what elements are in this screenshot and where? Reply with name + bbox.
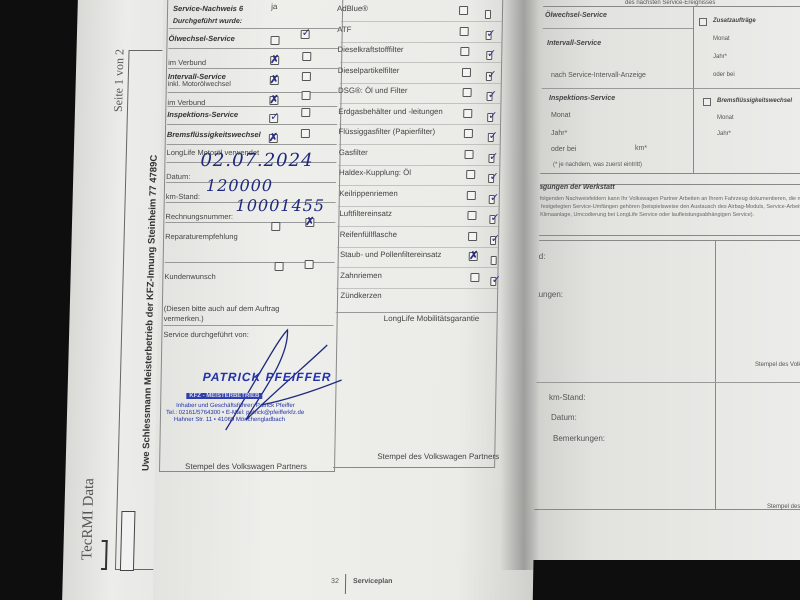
service-booklet-page: Service-Nachweis 6 ja Durchgeführt wurde… bbox=[153, 0, 543, 600]
mid-item-nein-checkbox[interactable] bbox=[489, 215, 495, 224]
col-yes: ja bbox=[271, 2, 277, 11]
divider bbox=[336, 312, 498, 313]
mid-item-nein-checkbox[interactable] bbox=[486, 72, 492, 81]
mid-item-ja-checkbox[interactable] bbox=[464, 129, 473, 138]
divider bbox=[715, 240, 716, 510]
mid-item-nein-checkbox[interactable] bbox=[491, 277, 497, 286]
mid-item-label: Staub- und Pollenfiltereinsatz bbox=[340, 250, 442, 259]
mid-item-ja-checkbox[interactable] bbox=[462, 88, 471, 97]
divider bbox=[339, 124, 501, 125]
extra-tasks-checkbox[interactable] bbox=[699, 18, 707, 26]
repair-label: Reparaturempfehlung bbox=[165, 232, 238, 241]
divider bbox=[167, 144, 337, 145]
repair-ja-checkbox[interactable] bbox=[271, 222, 280, 231]
divider bbox=[336, 288, 498, 289]
footnote: (* je nachdem, was zuerst eintritt) bbox=[553, 162, 642, 168]
divider bbox=[339, 103, 501, 104]
bracket-mark bbox=[101, 540, 108, 570]
mid-item-label: DSG®: Öl und Filter bbox=[338, 86, 408, 95]
divider bbox=[167, 106, 337, 107]
mid-item-nein-checkbox[interactable] bbox=[485, 31, 491, 40]
divider bbox=[340, 83, 502, 84]
mid-item-ja-checkbox[interactable] bbox=[463, 109, 472, 118]
entry1-stamp-label: Stempel des Volkswagen Partners bbox=[755, 362, 800, 368]
mid-item-nein-checkbox[interactable] bbox=[489, 195, 495, 204]
or-at-label: oder bei bbox=[551, 146, 576, 153]
footer-separator bbox=[345, 574, 346, 594]
right-page: des nächsten Service-Ereignisses Ölwechs… bbox=[505, 0, 800, 560]
dealer-stamp: PATRICK PFEIFFER KFZ - MEISTERBETRIEB In… bbox=[166, 370, 332, 423]
divider bbox=[337, 247, 499, 248]
year-label-3: Jahr* bbox=[717, 131, 731, 137]
mid-item-ja-checkbox[interactable] bbox=[470, 273, 479, 282]
month-label-3: Monat bbox=[717, 115, 734, 121]
mid-item-ja-checkbox[interactable] bbox=[469, 252, 478, 261]
divider bbox=[167, 124, 337, 125]
mini-stamp bbox=[120, 511, 136, 571]
mid-item-label: Dieselpartikelfilter bbox=[338, 66, 400, 75]
divider bbox=[341, 21, 503, 22]
mid-item-ja-checkbox[interactable] bbox=[460, 27, 469, 36]
mid-item-nein-checkbox[interactable] bbox=[490, 236, 496, 245]
interval-nein-checkbox[interactable] bbox=[302, 72, 311, 81]
customer-wish-label: Kundenwunsch bbox=[164, 272, 215, 281]
year-label: Jahr* bbox=[551, 130, 567, 137]
dealer-owner: Inhaber und Geschäftsführer: Patrick Pfe… bbox=[176, 403, 331, 409]
compound-1-nein-checkbox[interactable] bbox=[302, 52, 311, 61]
date-value[interactable]: 02.07.2024 bbox=[200, 150, 313, 171]
mid-item-ja-checkbox[interactable] bbox=[467, 211, 476, 220]
mid-item-nein-checkbox[interactable] bbox=[488, 154, 494, 163]
row-interval-service: Intervall-Service bbox=[168, 72, 226, 81]
km-unit: km* bbox=[635, 145, 647, 152]
guarantee-label: LongLife Mobilitätsgarantie bbox=[384, 314, 480, 323]
mid-item-label: Zündkerzen bbox=[340, 291, 381, 300]
or-at-label-2: oder bei bbox=[713, 72, 735, 78]
divider bbox=[337, 226, 499, 227]
stamp-label-left: Stempel des Volkswagen Partners bbox=[185, 462, 307, 471]
entries-box bbox=[523, 240, 800, 510]
divider bbox=[693, 6, 694, 174]
spine-shadow bbox=[500, 0, 540, 570]
mid-item-label: Dieselkraftstofffilter bbox=[337, 45, 403, 54]
mid-item-label: Reifenfüllflasche bbox=[340, 230, 397, 239]
divider bbox=[340, 62, 502, 63]
row-inspection-service: Inspektions-Service bbox=[167, 110, 238, 119]
performed-label: Durchgeführt wurde: bbox=[173, 18, 242, 25]
workshop-text: In den folgenden Nachweisfeldern kann Ih… bbox=[523, 195, 800, 219]
mid-item-label: Erdgasbehälter und -leitungen bbox=[338, 107, 443, 116]
divider bbox=[515, 88, 800, 89]
brake-fluid-checkbox[interactable] bbox=[703, 98, 711, 106]
brand-footer: TecRMI Data bbox=[79, 478, 98, 560]
dealer-address: Hahner Str. 11 • 41069 Mönchengladbach bbox=[174, 417, 331, 423]
mid-item-nein-checkbox[interactable] bbox=[490, 256, 496, 265]
oil-service-nein-checkbox[interactable] bbox=[301, 30, 310, 39]
divider bbox=[338, 165, 500, 166]
dealer-name: PATRICK PFEIFFER bbox=[203, 370, 332, 384]
divider bbox=[338, 185, 500, 186]
mid-item-label: Haldex-Kupplung: Öl bbox=[339, 168, 411, 177]
divider bbox=[338, 206, 500, 207]
invoice-value[interactable]: 10001455 bbox=[235, 196, 325, 215]
divider bbox=[168, 48, 338, 49]
oil-service-ja-checkbox[interactable] bbox=[270, 36, 279, 45]
mid-item-nein-checkbox[interactable] bbox=[488, 174, 494, 183]
date-label: Datum: bbox=[166, 172, 190, 181]
mid-item-label: Gasfilter bbox=[339, 148, 368, 157]
customer-wish-nein-checkbox[interactable] bbox=[305, 260, 314, 269]
interval-service-label: Intervall-Service bbox=[547, 40, 601, 47]
compound-2-ja-checkbox[interactable] bbox=[269, 96, 278, 105]
mid-item-label: Luftfiltereinsatz bbox=[339, 209, 392, 218]
km-label: km-Stand: bbox=[166, 192, 200, 201]
mid-item-ja-checkbox[interactable] bbox=[459, 6, 468, 15]
month-label-2: Monat bbox=[713, 36, 730, 42]
stamp-label-mid: Stempel des Volkswagen Partners bbox=[377, 452, 499, 461]
interval-ja-checkbox[interactable] bbox=[270, 76, 279, 85]
compound-1-ja-checkbox[interactable] bbox=[270, 56, 279, 65]
row-brake-fluid: Bremsflüssigkeitswechsel bbox=[167, 130, 261, 139]
mid-item-label: AdBlue® bbox=[337, 4, 368, 13]
entry2-date-label: Datum: bbox=[551, 413, 577, 422]
divider bbox=[523, 382, 800, 383]
mid-item-ja-checkbox[interactable] bbox=[467, 191, 476, 200]
divider bbox=[340, 42, 502, 43]
mid-item-label: Flüssiggasfilter (Papierfilter) bbox=[338, 127, 435, 136]
dealer-contact: Tel.: 02161/5764300 • E-Mail: patrick@pf… bbox=[166, 410, 331, 416]
month-label: Monat bbox=[551, 112, 570, 119]
compound-2-nein-checkbox[interactable] bbox=[301, 91, 310, 100]
customer-wish-ja-checkbox[interactable] bbox=[275, 262, 284, 271]
form-title: Service-Nachweis 6 bbox=[173, 4, 243, 13]
brake-fluid-nein-checkbox[interactable] bbox=[301, 129, 310, 138]
mid-item-ja-checkbox[interactable] bbox=[461, 68, 470, 77]
divider bbox=[169, 28, 339, 29]
mid-item-label: Keilrippenriemen bbox=[339, 189, 398, 198]
brake-fluid-label: Bremsflüssigkeitswechsel bbox=[717, 98, 792, 104]
extra-tasks-label: Zusatzaufträge bbox=[713, 18, 756, 24]
entry2-stamp-label: Stempel des Volkswagen Partners bbox=[767, 504, 800, 510]
invoice-label: Rechnungsnummer: bbox=[165, 212, 233, 221]
brake-fluid-ja-checkbox[interactable] bbox=[269, 134, 278, 143]
divider bbox=[339, 144, 501, 145]
row-compound-1: im Verbund bbox=[168, 58, 206, 67]
mid-item-ja-checkbox[interactable] bbox=[466, 170, 475, 179]
inspection-ja-checkbox[interactable] bbox=[269, 114, 278, 123]
page-number: 32 bbox=[331, 578, 339, 585]
row-interval-sublabel: inkl. Motorölwechsel bbox=[168, 81, 231, 88]
row-oil-service: Ölwechsel-Service bbox=[168, 34, 234, 43]
mid-item-nein-checkbox[interactable] bbox=[487, 92, 493, 101]
mid-item-label: Zahnriemen bbox=[340, 271, 382, 280]
page-indicator: Seite 1 von 2 bbox=[111, 49, 128, 112]
divider bbox=[168, 68, 338, 69]
mid-item-nein-checkbox[interactable] bbox=[488, 133, 494, 142]
divider bbox=[168, 92, 338, 93]
interval-display-label: nach Service-Intervall-Anzeige bbox=[551, 72, 646, 79]
mid-item-label: ATF bbox=[337, 25, 351, 34]
repair-nein-checkbox[interactable] bbox=[305, 218, 314, 227]
entry2-remarks-label: Bemerkungen: bbox=[553, 434, 605, 443]
divider bbox=[337, 267, 499, 268]
mid-item-nein-checkbox[interactable] bbox=[487, 113, 493, 122]
mid-item-nein-checkbox[interactable] bbox=[486, 51, 492, 60]
inspection-nein-checkbox[interactable] bbox=[301, 108, 310, 117]
oil-service-label: Ölwechsel-Service bbox=[545, 12, 607, 19]
inspection-service-label: Inspektions-Service bbox=[549, 95, 615, 102]
mid-item-ja-checkbox[interactable] bbox=[468, 232, 477, 241]
km-value[interactable]: 120000 bbox=[206, 176, 273, 195]
section-title: Serviceplan bbox=[353, 578, 392, 585]
mid-item-ja-checkbox[interactable] bbox=[461, 47, 470, 56]
entry2-km-label: km-Stand: bbox=[549, 393, 585, 402]
year-label-2: Jahr* bbox=[713, 54, 727, 60]
mid-item-ja-checkbox[interactable] bbox=[465, 150, 474, 159]
mid-item-nein-checkbox[interactable] bbox=[485, 10, 491, 19]
dealer-subtitle: KFZ - MEISTERBETRIEB bbox=[186, 393, 262, 399]
